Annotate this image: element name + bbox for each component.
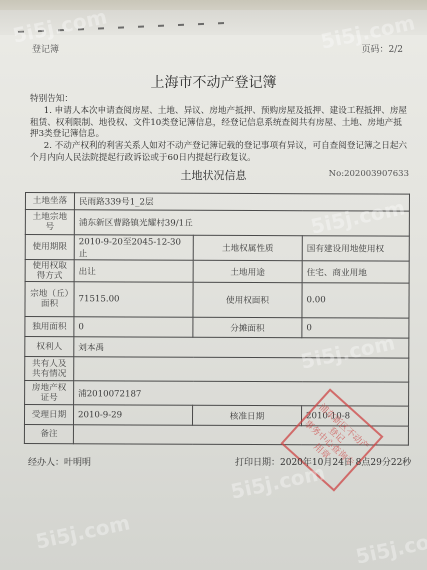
- nature-label: 土地权属性质: [193, 235, 302, 260]
- parcel-label: 土地宗地号: [25, 210, 74, 235]
- table-row: 使用期限 2010-9-20至2045-12-30止 土地权属性质 国有建设用地…: [25, 235, 409, 262]
- acquire-label: 使用权取得方式: [25, 260, 74, 282]
- document-number: No:202003907633: [329, 169, 409, 179]
- use-value: 住宅、商业用地: [302, 261, 409, 283]
- notice-item-2: 2. 不动产权利的利害关系人如对不动产登记簿记载的登记事项有异议，可自查阅登记簿…: [30, 141, 410, 165]
- handler-name: 经办人：叶明明: [28, 455, 91, 468]
- shared-area-label: 分摊面积: [193, 317, 302, 337]
- header-left: 登记簿: [32, 42, 59, 55]
- use-label: 土地用途: [193, 260, 302, 282]
- remark-label: 备注: [24, 424, 73, 443]
- parcel-area-value: 71515.00: [74, 282, 193, 318]
- certificate-label: 房地产权证号: [25, 381, 74, 405]
- document-title: 上海市不动产登记簿: [0, 72, 427, 92]
- certificate-value: 浦2010072187: [74, 381, 409, 406]
- accept-date-value: 2010-9-29: [73, 405, 192, 426]
- owner-label: 权利人: [25, 337, 74, 357]
- approve-date-label: 核准日期: [192, 405, 301, 425]
- table-row: 宗地（丘）面积 71515.00 使用权面积 0.00: [25, 282, 409, 319]
- right-area-value: 0.00: [302, 283, 409, 318]
- location-label: 土地坐落: [25, 193, 74, 210]
- notice-heading: 特别告知：: [30, 94, 410, 106]
- special-notice: 特别告知： 1. 申请人本次申请查阅房屋、土地、异议、房地产抵押、预购房屋及抵押…: [30, 94, 410, 165]
- parcel-area-label: 宗地（丘）面积: [25, 282, 74, 317]
- notice-item-1: 1. 申请人本次申请查阅房屋、土地、异议、房地产抵押、预购房屋及抵押、建设工程抵…: [30, 106, 410, 141]
- table-row: 独用面积 0 分摊面积 0: [25, 317, 409, 339]
- exclusive-area-label: 独用面积: [25, 317, 74, 337]
- accept-date-label: 受理日期: [24, 405, 73, 425]
- acquire-value: 出让: [74, 260, 193, 283]
- term-label: 使用期限: [25, 235, 74, 260]
- exclusive-area-value: 0: [74, 317, 193, 338]
- table-row: 使用权取得方式 出让 土地用途 住宅、商业用地: [25, 260, 409, 284]
- coowner-label: 共有人及共有情况: [25, 357, 74, 381]
- right-area-label: 使用权面积: [193, 282, 302, 317]
- table-row: 房地产权证号 浦2010072187: [25, 381, 409, 407]
- nature-value: 国有建设用地使用权: [302, 236, 409, 261]
- term-value: 2010-9-20至2045-12-30止: [74, 235, 193, 261]
